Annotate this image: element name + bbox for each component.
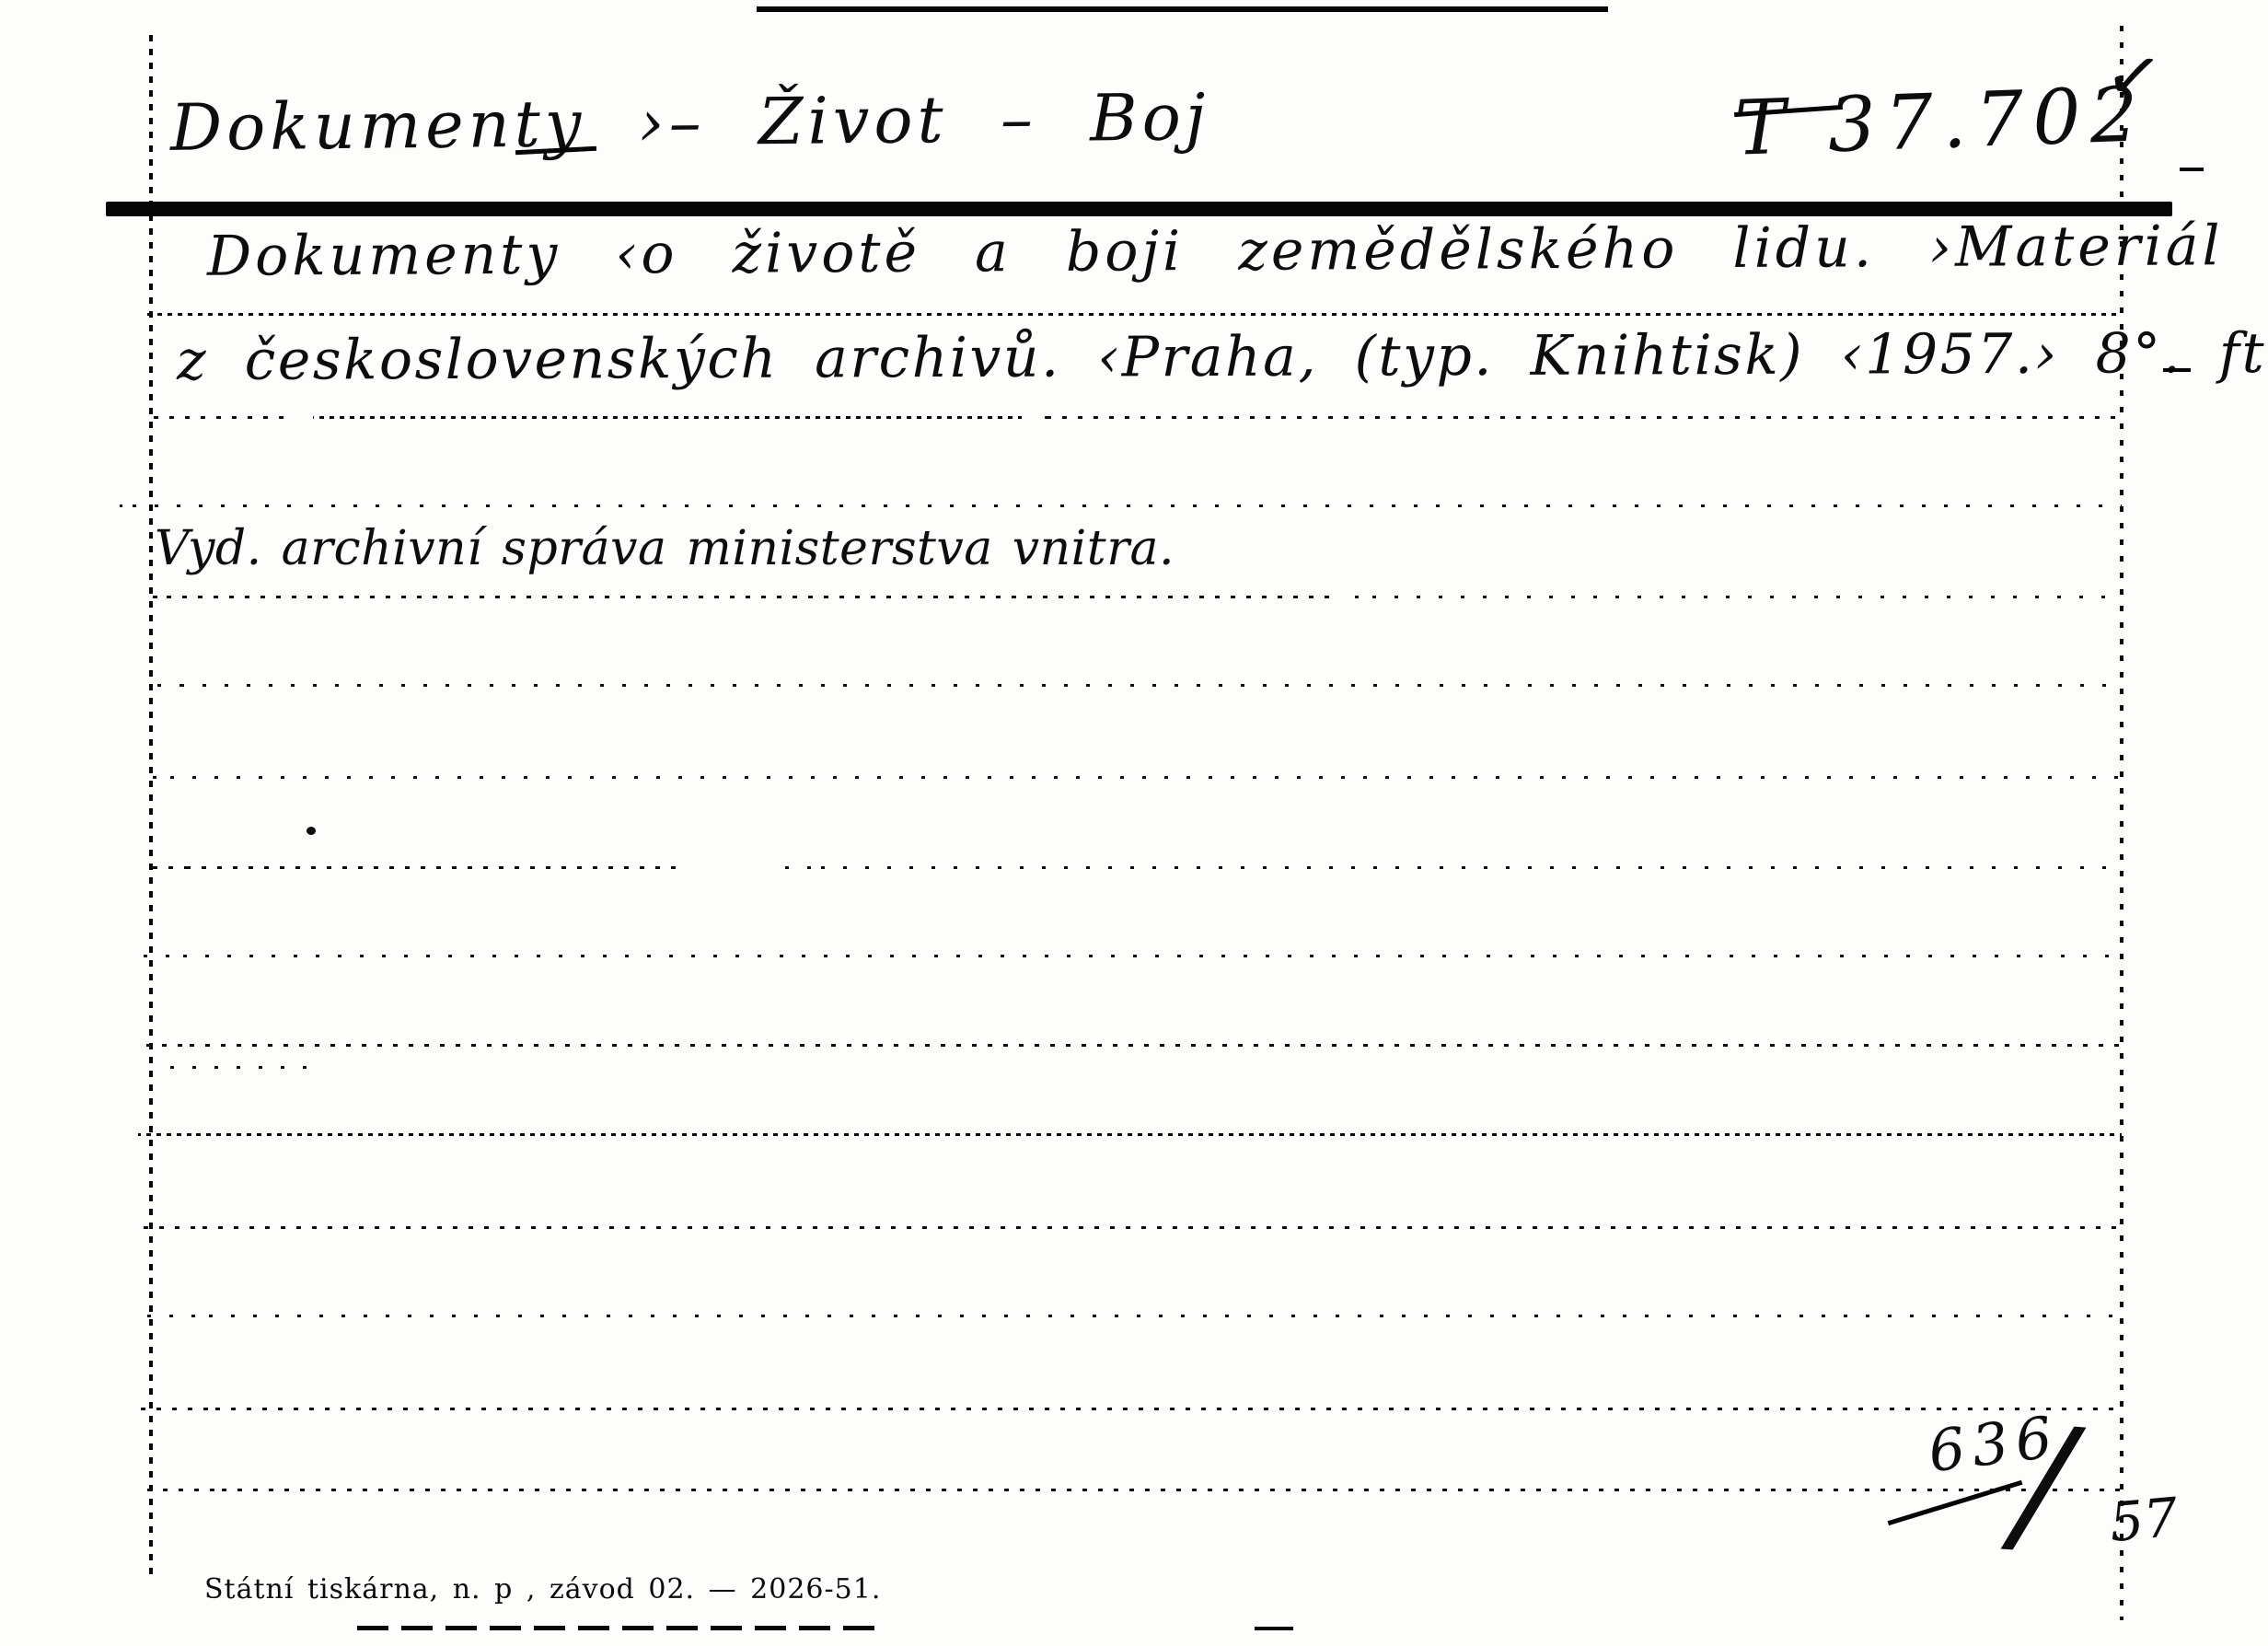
entry-line-2: z československých archivů. ‹Praha, (typ… bbox=[177, 326, 2266, 388]
stray-dash-right bbox=[2163, 368, 2191, 372]
checkmark-icon: ✓ bbox=[2100, 39, 2167, 114]
ruled-line bbox=[138, 1315, 2122, 1317]
stray-dashes bbox=[170, 1066, 308, 1069]
left-margin-dashed-line bbox=[149, 35, 153, 1578]
printer-imprint: Státní tiskárna, n. p , závod 02. — 2026… bbox=[204, 1576, 881, 1604]
accession-year: 57 bbox=[2108, 1490, 2181, 1549]
ruled-line bbox=[147, 313, 2122, 316]
ruled-line bbox=[138, 955, 2122, 957]
ruled-line bbox=[1040, 416, 2122, 419]
ruled-line bbox=[138, 1226, 2122, 1229]
ruled-line bbox=[147, 416, 285, 419]
ruled-line bbox=[138, 1133, 2122, 1136]
ruled-line bbox=[782, 866, 2122, 869]
ruled-line bbox=[313, 416, 1022, 419]
accession-underline-flourish bbox=[1888, 1480, 2023, 1525]
top-edge-line bbox=[757, 6, 1608, 12]
ruled-line bbox=[138, 1044, 2122, 1047]
call-number: T 37.702 bbox=[1734, 77, 2148, 168]
ruled-line bbox=[147, 866, 681, 869]
catalog-card-scan: Dokumenty ›– Život – Boj T 37.702 ✓ Doku… bbox=[0, 0, 2268, 1646]
bottom-edge-dashes bbox=[357, 1626, 884, 1630]
ruled-line bbox=[138, 776, 2122, 779]
stray-dash-right-top bbox=[2180, 168, 2204, 171]
ruled-line bbox=[120, 504, 2122, 507]
ruled-line bbox=[147, 596, 1335, 598]
bottom-edge-dash bbox=[1255, 1627, 1293, 1630]
heading-thick-rule bbox=[106, 202, 2172, 216]
subject-heading: Dokumenty ›– Život – Boj bbox=[170, 85, 1210, 160]
ruled-line bbox=[138, 1489, 2122, 1491]
entry-line-1: Dokumenty ‹o životě a boji zemědělského … bbox=[207, 218, 2224, 284]
ruled-line bbox=[155, 684, 2122, 687]
ruled-line bbox=[1353, 596, 2122, 598]
publisher-note: Vyd. archivní správa ministerstva vnitra… bbox=[155, 525, 1174, 573]
ruled-line bbox=[138, 1408, 2122, 1410]
ink-dot bbox=[307, 827, 316, 835]
